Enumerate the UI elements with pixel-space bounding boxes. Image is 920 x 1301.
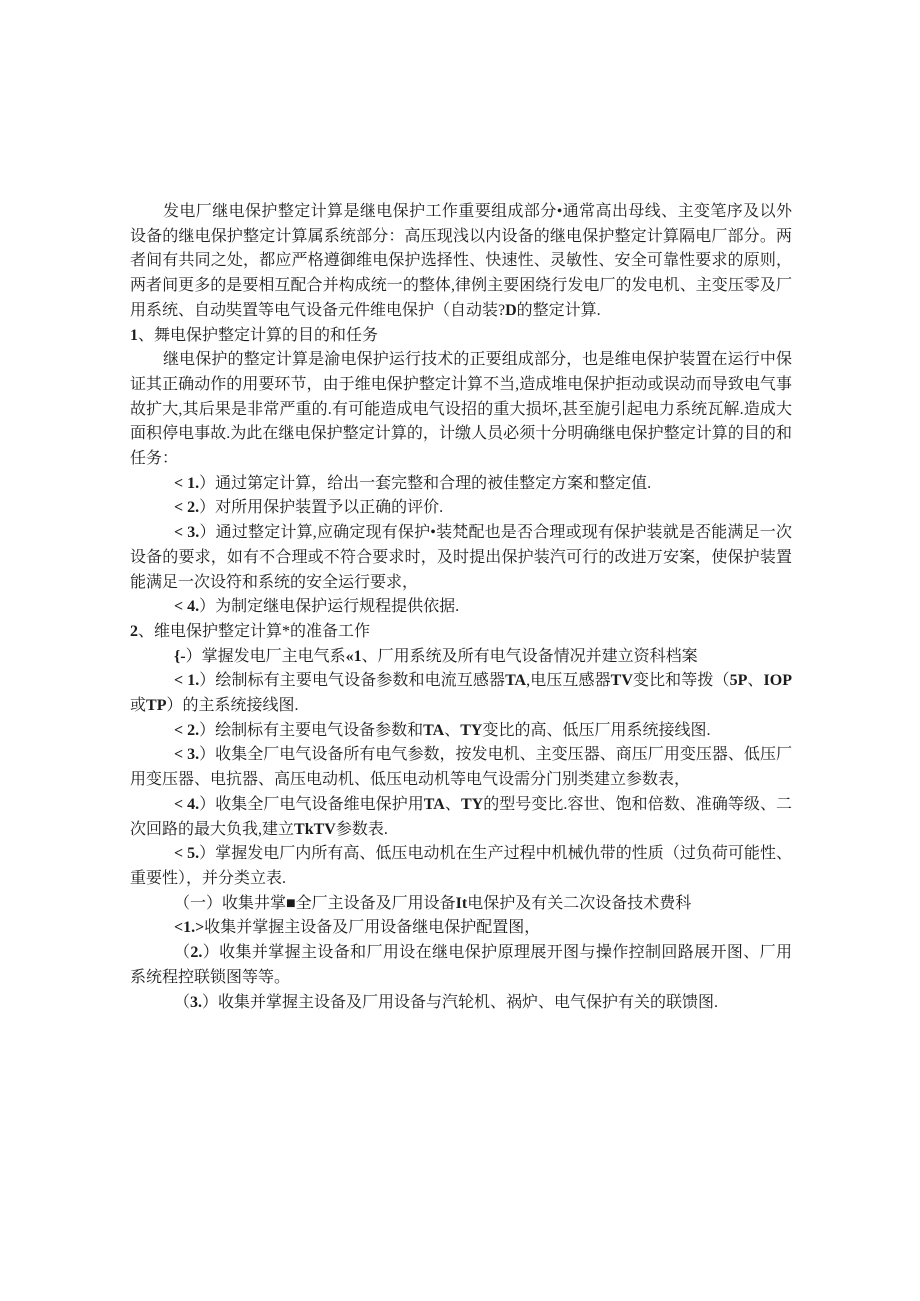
section-2-heading: 2、维电保护整定计算*的准备工作 — [130, 620, 792, 645]
section-2-item-2-run: 变比的高、低压厂用系统接线图. — [482, 722, 710, 739]
section-1-item-2-run: ）对所用保护装置予以正确的评价. — [199, 499, 443, 516]
section-2-item-2-run: TY — [460, 722, 482, 739]
section-2-subheading-1-run: ）掌握发电厂主电气系 — [186, 648, 346, 665]
section-2-item-1-run: ）绘制标有主要电气设备参数和电流互感器 — [199, 672, 505, 689]
section-2-subheading-1-run: 、厂用系统及所有电气设备情况并建立资科档案 — [362, 648, 698, 665]
section-2-item-1-run: ）的主系统接线图. — [166, 697, 298, 714]
section-1-item-4-run: < 4. — [174, 598, 199, 615]
section-2b-item-3-run: 3. — [190, 994, 202, 1011]
section-2-item-1-run: 变比和等拨（ — [633, 672, 730, 689]
section-2b-item-2-run: 2. — [190, 944, 202, 961]
section-2-item-1-run: IOP — [764, 672, 792, 689]
section-1-paragraph-run: 继电保护的整定计算是渝电保护运行技术的正要组成部分，也是维电保护装置在运行中保证… — [130, 351, 792, 467]
section-2-item-1-run: TP — [146, 697, 166, 714]
section-2-item-1-run: 、 — [747, 672, 763, 689]
section-2-item-4-run: < 4. — [174, 796, 199, 813]
section-2-item-1: < 1.）绘制标有主要电气设备参数和电流互感器TA,电压互感器TV变比和等拨（5… — [130, 669, 792, 718]
section-2b-item-2-run: （ — [174, 944, 190, 961]
section-1-item-4: < 4.）为制定继电保护运行规程提供依据. — [130, 595, 792, 620]
section-1-item-1: < 1.）通过第定计算，给出一套完整和合理的被佳整定方案和整定值. — [130, 472, 792, 497]
section-2-item-5-run: < 5. — [174, 845, 199, 862]
section-2-subheading-1-run: «1 — [346, 648, 362, 665]
section-2-item-5: < 5.）掌握发电厂内所有高、低压电动机在生产过程中机械仇带的性质（过负荷可能性… — [130, 842, 792, 891]
section-2b-item-3-run: ）收集并掌握主设备及厂用设备与汽轮机、祸炉、电气保护有关的联馈图. — [202, 994, 718, 1011]
section-2-item-3: < 3.）收集全厂电气设备所有电气参数，按发电机、主变压器、商压厂用变压器、低压… — [130, 743, 792, 792]
section-2-item-4-run: TkTV — [294, 821, 336, 838]
section-1-heading-run: 1 — [130, 327, 138, 344]
section-2-item-2-run: ）绘制标有主要电气设备参数和 — [199, 722, 423, 739]
section-1-item-2-run: < 2. — [174, 499, 199, 516]
section-2-item-3-run: < 3. — [174, 746, 199, 763]
section-2-item-2-run: TA — [423, 722, 444, 739]
section-2-item-3-run: ）收集全厂电气设备所有电气参数，按发电机、主变压器、商压厂用变压器、低压厂用变压… — [130, 746, 792, 788]
section-1-item-3: < 3.）通过整定计算,应确定现有保护•装梵配也是否合理或现有保护装就是否能满足… — [130, 521, 792, 595]
section-2-item-1-run: TA — [505, 672, 526, 689]
intro-paragraph-run: 的整定计算. — [517, 302, 601, 319]
section-2b-item-1: <1.>收集并掌握主设备及厂用设备继电保护配置图， — [130, 916, 792, 941]
section-1-item-3-run: ）通过整定计算,应确定现有保护•装梵配也是否合理或现有保护装就是否能满足一次设备… — [130, 524, 792, 590]
section-2-subheading-2: （一）收集井掌■全厂主设备及厂用设备It电保护及有关二次设备技术费科 — [130, 892, 792, 917]
section-1-heading-run: 、舞电保护整定计算的目的和任务 — [138, 327, 378, 344]
section-2-subheading-1-run: {- — [174, 648, 186, 665]
section-2-item-1-run: < 1. — [174, 672, 199, 689]
section-2b-item-2-run: ）收集并掌握主设备和厂用设在继电保护原理展开图与操作控制回路展开图、厂用系统程控… — [130, 944, 792, 986]
section-2-item-4: < 4.）收集全厂电气设备维电保护用TA、TY的型号变比.容世、饱和倍数、准确等… — [130, 793, 792, 842]
section-2b-item-3: （3.）收集并掌握主设备及厂用设备与汽轮机、祸炉、电气保护有关的联馈图. — [130, 991, 792, 1016]
section-2-item-1-run: 5P — [730, 672, 748, 689]
section-1-heading: 1、舞电保护整定计算的目的和任务 — [130, 324, 792, 349]
section-2b-item-3-run: （ — [174, 994, 190, 1011]
section-2b-item-1-run: <1.> — [174, 919, 204, 936]
section-1-item-2: < 2.）对所用保护装置予以正确的评价. — [130, 496, 792, 521]
section-1-item-1-run: ）通过第定计算，给出一套完整和合理的被佳整定方案和整定值. — [199, 475, 651, 492]
section-2-heading-run: 2 — [130, 623, 138, 640]
section-2-item-1-run: 或 — [130, 697, 146, 714]
section-2-item-4-run: 、 — [445, 796, 461, 813]
intro-paragraph-run: 发电厂继电保护整定计算是继电保护工作重要组成部分•通常高出母线、主变笔序及以外设… — [130, 203, 792, 319]
section-2-item-2: < 2.）绘制标有主要电气设备参数和TA、TY变比的高、低压厂用系统接线图. — [130, 719, 792, 744]
section-2-item-4-run: TA — [424, 796, 445, 813]
section-2-subheading-1: {-）掌握发电厂主电气系«1、厂用系统及所有电气设备情况并建立资科档案 — [130, 645, 792, 670]
section-2-item-4-run: TY — [461, 796, 483, 813]
section-2-item-4-run: 参数表. — [336, 821, 388, 838]
section-1-paragraph: 继电保护的整定计算是渝电保护运行技术的正要组成部分，也是维电保护装置在运行中保证… — [130, 348, 792, 472]
section-2-heading-run: 、维电保护整定计算*的准备工作 — [138, 623, 370, 640]
section-2-subheading-2-run: It — [456, 895, 468, 912]
section-2-item-1-run: ,电压互感器 — [526, 672, 611, 689]
section-1-item-1-run: < 1. — [174, 475, 199, 492]
section-2-subheading-2-run: （一）收集井掌■全厂主设备及厂用设备 — [174, 895, 456, 912]
section-2-subheading-2-run: 电保护及有关二次设备技术费科 — [467, 895, 691, 912]
section-2-item-1-run: TV — [611, 672, 633, 689]
section-1-item-3-run: < 3. — [174, 524, 199, 541]
section-1-item-4-run: ）为制定继电保护运行规程提供依据. — [199, 598, 459, 615]
intro-paragraph: 发电厂继电保护整定计算是继电保护工作重要组成部分•通常高出母线、主变笔序及以外设… — [130, 200, 792, 324]
section-2-item-5-run: ）掌握发电厂内所有高、低压电动机在生产过程中机械仇带的性质（过负荷可能性、重要性… — [130, 845, 792, 887]
section-2b-item-2: （2.）收集并掌握主设备和厂用设在继电保护原理展开图与操作控制回路展开图、厂用系… — [130, 941, 792, 990]
section-2-item-2-run: < 2. — [174, 722, 199, 739]
section-2-item-2-run: 、 — [444, 722, 460, 739]
document-content: 发电厂继电保护整定计算是继电保护工作重要组成部分•通常高出母线、主变笔序及以外设… — [130, 200, 792, 1015]
document-page: 发电厂继电保护整定计算是继电保护工作重要组成部分•通常高出母线、主变笔序及以外设… — [0, 0, 920, 1301]
intro-paragraph-run: D — [505, 302, 517, 319]
section-2b-item-1-run: 收集并掌握主设备及厂用设备继电保护配置图， — [204, 919, 540, 936]
section-2-item-4-run: ）收集全厂电气设备维电保护用 — [199, 796, 424, 813]
